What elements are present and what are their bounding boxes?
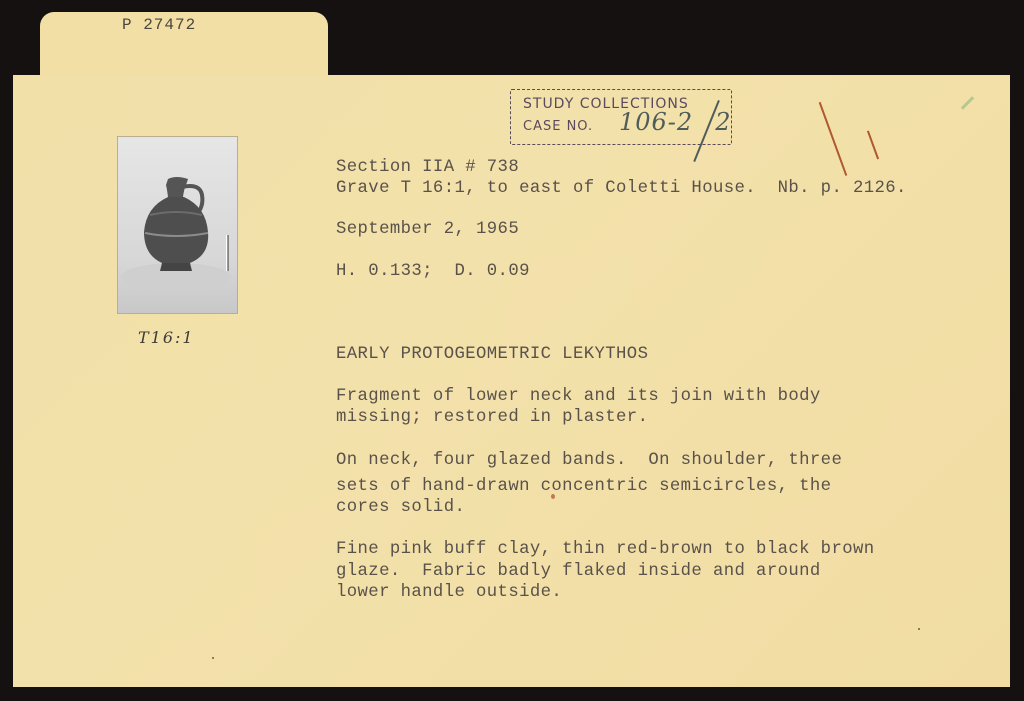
case-number: 106-2 — [619, 108, 693, 136]
photo-caption: T16:1 — [138, 328, 195, 347]
location-line: Grave T 16:1, to east of Coletti House. … — [336, 178, 907, 199]
paper-speck — [551, 494, 555, 499]
study-collections-stamp: STUDY COLLECTIONS CASE NO. 106-22 — [510, 89, 732, 145]
description-line: missing; restored in plaster. — [336, 407, 648, 428]
object-title: EARLY PROTOGEOMETRIC LEKYTHOS — [336, 344, 648, 365]
description-line: On neck, four glazed bands. On shoulder,… — [336, 450, 842, 471]
description-line: cores solid. — [336, 497, 465, 518]
stamp-case-label: CASE NO. — [523, 119, 593, 134]
dimensions-line: H. 0.133; D. 0.09 — [336, 261, 530, 282]
description-line: Fragment of lower neck and its join with… — [336, 386, 821, 407]
paper-speck — [212, 657, 214, 659]
description-line: sets of hand-drawn concentric semicircle… — [336, 476, 831, 497]
description-line: glaze. Fabric badly flaked inside and ar… — [336, 561, 821, 582]
date-line: September 2, 1965 — [336, 219, 519, 240]
case-suffix: 2 — [715, 108, 731, 136]
section-line: Section IIA # 738 — [336, 157, 519, 178]
vase-icon — [118, 137, 237, 313]
paper-speck — [918, 628, 920, 630]
description-line: Fine pink buff clay, thin red-brown to b… — [336, 539, 875, 560]
lekythos-photo — [117, 136, 238, 314]
description-line: lower handle outside. — [336, 582, 562, 603]
catalog-number: P 27472 — [122, 16, 196, 34]
